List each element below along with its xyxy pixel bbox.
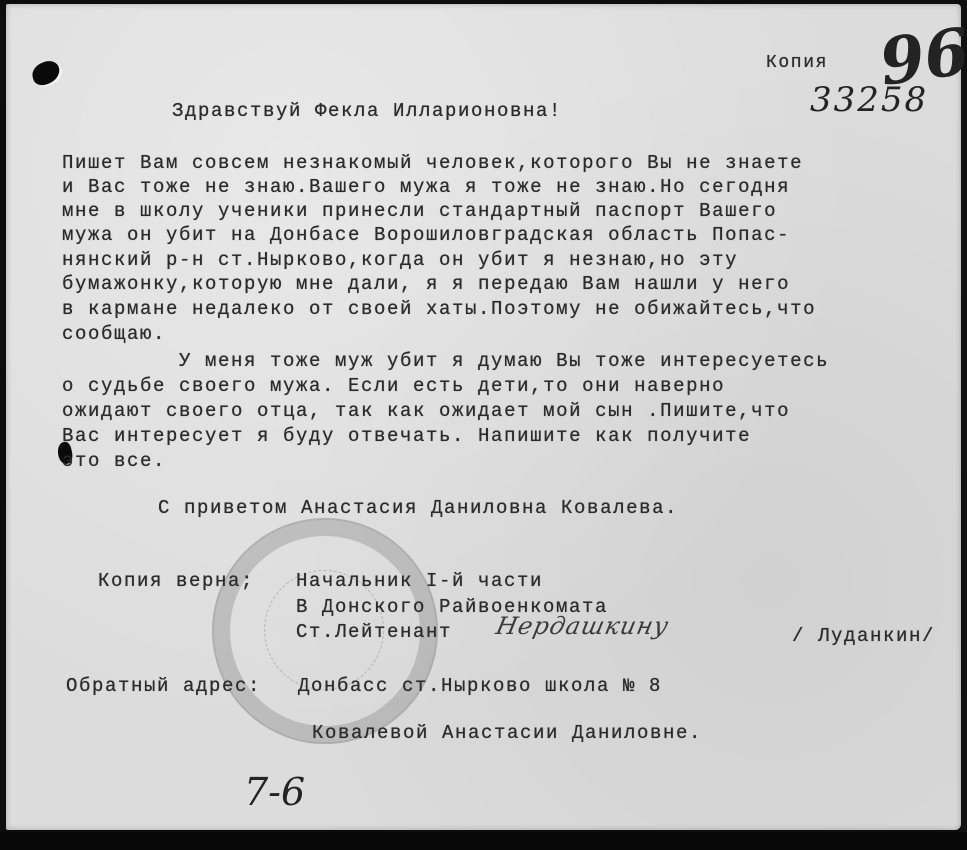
- handwritten-page-mark: 96: [875, 14, 967, 101]
- body-line: У меня тоже муж убит я думаю Вы тоже инт…: [62, 350, 829, 372]
- scan-edge-right: [961, 0, 967, 850]
- signatory-name: / Луданкин/: [792, 625, 935, 647]
- body-line: мне в школу ученики принесли стандартный…: [62, 200, 777, 222]
- body-line: Вас интересует я буду отвечать. Напишите…: [62, 425, 751, 447]
- handwritten-footer-note: 7-6: [244, 770, 305, 814]
- body-line: нянский р-н ст.Нырково,когда он убит я н…: [62, 249, 738, 271]
- handwritten-signature: Нердашкину: [493, 612, 776, 644]
- certification-line-3: Ст.Лейтенант: [296, 621, 452, 643]
- return-address-recipient: Ковалевой Анастасии Даниловне.: [312, 722, 702, 744]
- scan-edge-bottom: [0, 832, 967, 850]
- certification-label: Копия верна;: [98, 570, 254, 592]
- body-line: это все.: [62, 450, 166, 472]
- body-line: ожидают своего отца, так как ожидает мой…: [62, 400, 790, 422]
- return-address-label: Обратный адрес:: [66, 675, 261, 697]
- closing-signature-line: С приветом Анастасия Даниловна Ковалева.: [158, 497, 678, 519]
- body-line: мужа он убит на Донбасе Ворошиловградска…: [62, 224, 790, 246]
- body-line: и Вас тоже не знаю.Вашего мужа я тоже не…: [62, 176, 790, 198]
- body-line: о судьбе своего мужа. Если есть дети,то …: [62, 375, 725, 397]
- copy-label: Копия: [766, 52, 828, 74]
- body-line: бумажонку,которую мне дали, я я передаю …: [62, 273, 790, 295]
- return-address: Донбасс ст.Нырково школа № 8: [298, 675, 662, 697]
- salutation: Здравствуй Фекла Илларионовна!: [172, 100, 562, 122]
- certification-line-1: Начальник I-й части: [296, 570, 543, 592]
- body-line: Пишет Вам совсем незнакомый человек,кото…: [62, 152, 803, 174]
- body-line: в кармане недалеко от своей хаты.Поэтому…: [62, 298, 816, 320]
- body-line: сообщаю.: [62, 323, 166, 345]
